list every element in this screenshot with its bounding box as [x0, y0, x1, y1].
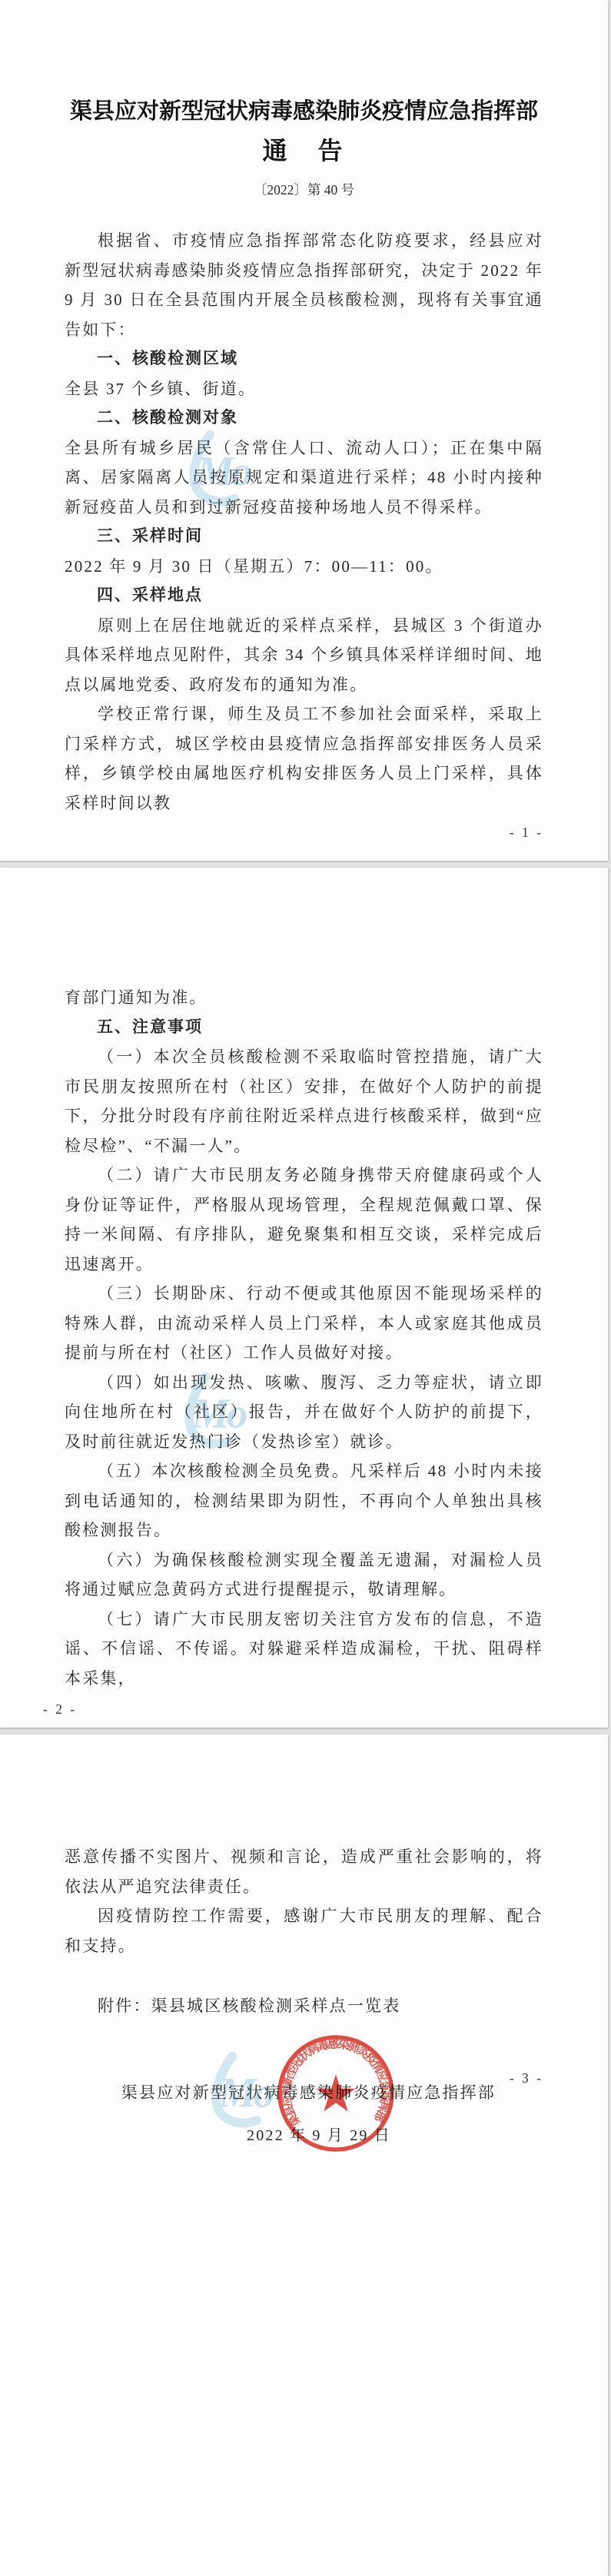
notice-item-4: （四）如出现发热、咳嗽、腹泻、乏力等症状，请立即向住地所在村（社区）报告，并在做…	[65, 1368, 543, 1457]
official-seal: 渠县应对新型冠状病毒感染肺炎疫情应急指挥部	[275, 2033, 397, 2154]
notice-page-3: Mo 渠县应对新型冠状病毒感染肺炎疫情应急指挥部 恶意传播不实图片、视频和言论，…	[0, 1734, 608, 2576]
paragraph-thanks: 因疫情防控工作需要，感谢广大市民朋友的理解、配合和支持。	[65, 1901, 543, 1960]
page-number-2: - 2 -	[43, 1696, 608, 1722]
seal-star-icon	[317, 2074, 356, 2111]
section-heading-1: 一、核酸检测区域	[65, 344, 543, 374]
paragraph-school: 学校正常行课，师生及员工不参加社会面采样，采取上门采样方式，城区学校由县疫情应急…	[65, 699, 543, 818]
notice-page-1: Mo 渠县应对新型冠状病毒感染肺炎疫情应急指挥部 通 告 〔2022〕第 40 …	[0, 0, 608, 861]
paragraph-time: 2022 年 9 月 30 日（星期五）7：00—11：00。	[65, 552, 543, 582]
attachment-note: 附件：渠县城区核酸检测采样点一览表	[65, 1991, 543, 2021]
notice-page-2: Mo 育部门通知为准。 五、注意事项 （一）本次全员核酸检测不采取临时管控措施，…	[0, 868, 608, 1728]
paragraph-continuation: 恶意传播不实图片、视频和言论，造成严重社会影响的，将依法从严追究法律责任。	[65, 1842, 543, 1901]
notice-item-6: （六）为确保核酸检测实现全覆盖无遗漏，对漏检人员将通过赋应急黄码方式进行提醒提示…	[65, 1545, 543, 1605]
page2-body: 育部门通知为准。 五、注意事项 （一）本次全员核酸检测不采取临时管控措施，请广大…	[65, 983, 543, 1693]
section-heading-4: 四、采样地点	[65, 581, 543, 611]
scanned-notice-document: Mo 渠县应对新型冠状病毒感染肺炎疫情应急指挥部 通 告 〔2022〕第 40 …	[0, 0, 611, 2576]
paragraph-intro: 根据省、市疫情应急指挥部常态化防疫要求，经县应对新型冠状病毒感染肺炎疫情应急指挥…	[65, 226, 543, 344]
doc-number: 〔2022〕第 40 号	[0, 180, 608, 200]
paragraph-target: 全县所有城乡居民（含常住人口、流动人口）；正在集中隔离、居家隔离人员按原规定和渠…	[65, 433, 543, 523]
page-number-1: - 1 -	[65, 819, 543, 845]
section-heading-5: 五、注意事项	[65, 1013, 543, 1043]
section-heading-2: 二、核酸检测对象	[65, 403, 543, 433]
page1-body: 根据省、市疫情应急指挥部常态化防疫要求，经县应对新型冠状病毒感染肺炎疫情应急指挥…	[65, 226, 543, 818]
paragraph-continuation: 育部门通知为准。	[65, 983, 543, 1013]
paragraph-place: 原则上在居住地就近的采样点采样，县城区 3 个街道办具体采样地点见附件，其余 3…	[65, 611, 543, 700]
page-number-3: - 3 -	[510, 2065, 543, 2091]
notice-item-2: （二）请广大市民朋友务必随身携带天府健康码或个人身份证等证件，严格服从现场管理，…	[65, 1160, 543, 1279]
notice-item-1: （一）本次全员核酸检测不采取临时管控措施，请广大市民朋友按照所在村（社区）安排，…	[65, 1042, 543, 1160]
doc-subtitle: 通 告	[0, 134, 608, 168]
notice-item-5: （五）本次核酸检测全员免费。凡采样后 48 小时内未接到电话通知的，检测结果即为…	[65, 1456, 543, 1545]
section-heading-3: 三、采样时间	[65, 522, 543, 552]
doc-title: 渠县应对新型冠状病毒感染肺炎疫情应急指挥部	[0, 95, 608, 128]
paragraph-region: 全县 37 个乡镇、街道。	[65, 374, 543, 404]
notice-item-7: （七）请广大市民朋友密切关注官方发布的信息，不造谣、不信谣、不传谣。对躲避采样造…	[65, 1605, 543, 1694]
notice-item-3: （三）长期卧床、行动不便或其他原因不能现场采样的特殊人群，由流动采样人员上门采样…	[65, 1279, 543, 1368]
